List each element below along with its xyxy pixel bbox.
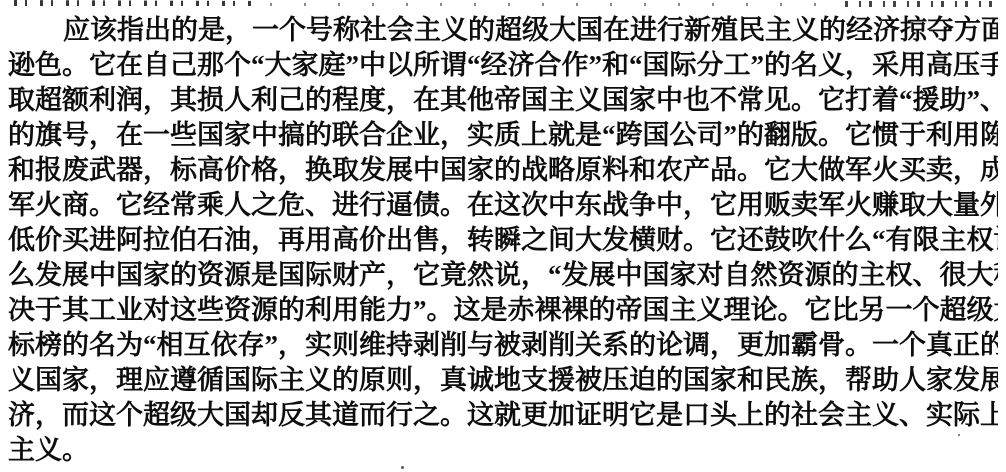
text-line: 义国家，理应遵循国际主义的原则，真诚地支援被压迫的国家和民族，帮助人家发展民族经 xyxy=(8,363,998,398)
text-line: 低价买进阿拉伯石油，再用高价出售，转瞬之间大发横财。它还鼓吹什么“有限主权论”、… xyxy=(8,223,998,258)
scan-speck xyxy=(626,258,629,261)
text-line: 标榜的名为“相互依存”，实则维持剥削与被剥削关系的论调，更加霸骨。一个真正的社会… xyxy=(8,328,998,363)
text-line: 济，而这个超级大国却反其道而行之。这就更加证明它是口头上的社会主义、实际上的帝国 xyxy=(8,398,998,433)
scan-speck xyxy=(958,434,960,436)
clipped-previous-line-fragment xyxy=(270,3,830,6)
text-line: 逊色。它在自己那个“大家庭”中以所谓“经济合作”和“国际分工”的名义，采用高压手… xyxy=(8,48,998,83)
text-line: 取超额利润，其损人利己的程度，在其他帝国主义国家中也不常见。它打着“援助”、“支… xyxy=(8,83,998,118)
scan-speck xyxy=(401,466,404,469)
text-line: 应该指出的是，一个号称社会主义的超级大国在进行新殖民主义的经济掠夺方面，并不 xyxy=(8,13,998,48)
clipped-previous-line-fragment xyxy=(14,0,259,6)
clipped-previous-line-fragment xyxy=(845,1,1003,7)
text-line: 么发展中国家的资源是国际财产，它竟然说，“发展中国家对自然资源的主权、很大程度上… xyxy=(8,258,998,293)
text-line: 军火商。它经常乘人之危、进行逼债。在这次中东战争中，它用贩卖军火赚取大量外汇、用 xyxy=(8,188,998,223)
text-line: 和报废武器，标高价格，换取发展中国家的战略原料和农产品。它大做军火买卖，成了世界 xyxy=(8,153,998,188)
paragraph: 应该指出的是，一个号称社会主义的超级大国在进行新殖民主义的经济掠夺方面，并不 逊… xyxy=(8,13,998,468)
text-line: 主义。 xyxy=(8,433,998,468)
text-line: 的旗号，在一些国家中搞的联合企业，实质上就是“跨国公司”的翻版。它惯于利用陈旧设… xyxy=(8,118,998,153)
document-page: 应该指出的是，一个号称社会主义的超级大国在进行新殖民主义的经济掠夺方面，并不 逊… xyxy=(0,0,1006,472)
text-line: 决于其工业对这些资源的利用能力”。这是赤裸裸的帝国主义理论。它比另一个超级大国所 xyxy=(8,293,998,328)
